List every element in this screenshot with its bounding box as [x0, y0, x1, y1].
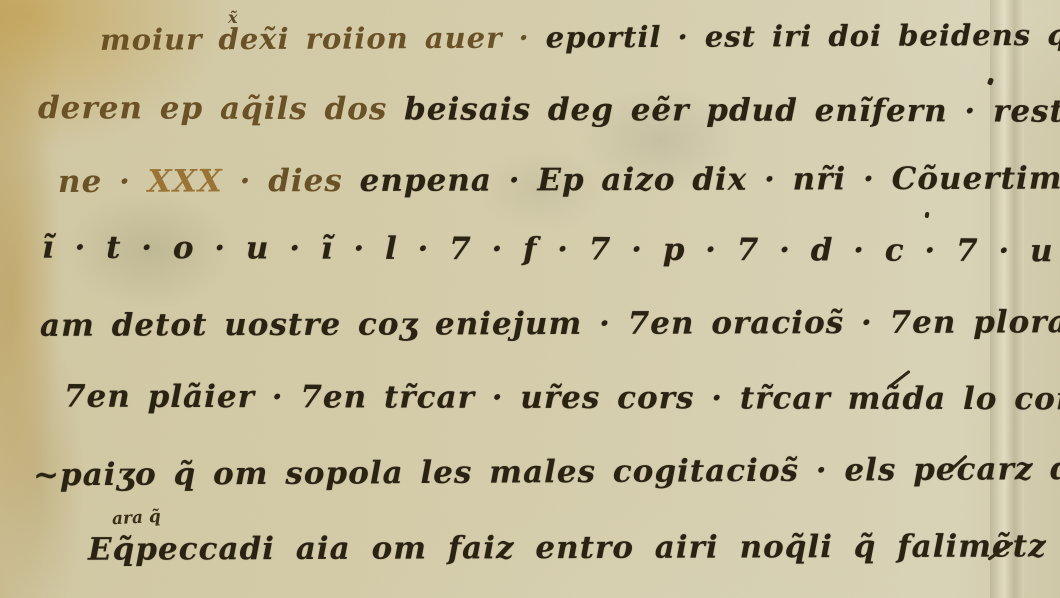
manuscript-text-segment: am detot uostre coʒ eniejum · 7en oracio…: [40, 304, 1060, 344]
manuscript-line: ĩ · t · o · u · ĩ · l · 7 · f · 7 · p · …: [42, 230, 1060, 271]
interlinear-correction-note: ara q̃: [112, 507, 162, 530]
manuscript-text-segment: ~paiʒo q̃ om sopola les males cogitacios…: [33, 451, 1060, 494]
manuscript-text-segment: beisais deg eẽr pdud enĩfern · restec: [404, 91, 1060, 129]
manuscript-text-segment: moiur dex̃i roiion auer ·: [100, 21, 546, 57]
manuscript-text-segment: eportil · est iri doi beidens qeli obli: [546, 17, 1060, 54]
manuscript-text-segment: · dies: [223, 163, 360, 199]
manuscript-page: moiur dex̃i roiion auer · eportil · est …: [0, 0, 1060, 598]
manuscript-text-segment: Eq̃peccadi aia om faiz entro airi noq̃li…: [88, 528, 1060, 567]
manuscript-line: ne · XXX · dies enpena · Ep aizo dix · n…: [58, 160, 1060, 200]
manuscript-text-segment: 7en plãier · 7en tr̃car · ur̃es cors · t…: [64, 379, 1060, 418]
manuscript-text-segment: deren ep aq̃ils dos: [38, 90, 404, 127]
manuscript-text-segment: enpena · Ep aizo dix · nr̃i · Cõuertimin…: [360, 160, 1060, 199]
manuscript-line: Eq̃peccadi aia om faiz entro airi noq̃li…: [88, 528, 1060, 567]
manuscript-line: 7en plãier · 7en tr̃car · ur̃es cors · t…: [64, 379, 1060, 418]
manuscript-line: am detot uostre coʒ eniejum · 7en oracio…: [40, 304, 1060, 344]
manuscript-line: moiur dex̃i roiion auer · eportil · est …: [100, 17, 1060, 57]
manuscript-text-segment: ne ·: [58, 164, 148, 200]
manuscript-text-segment: XXX: [148, 163, 223, 199]
superscript-abbreviation-mark: x̃: [228, 8, 238, 27]
manuscript-line: ~paiʒo q̃ om sopola les males cogitacios…: [33, 451, 1060, 494]
manuscript-line: deren ep aq̃ils dos beisais deg eẽr pdud…: [38, 90, 1060, 130]
manuscript-text-segment: ĩ · t · o · u · ĩ · l · 7 · f · 7 · p · …: [42, 230, 1060, 271]
